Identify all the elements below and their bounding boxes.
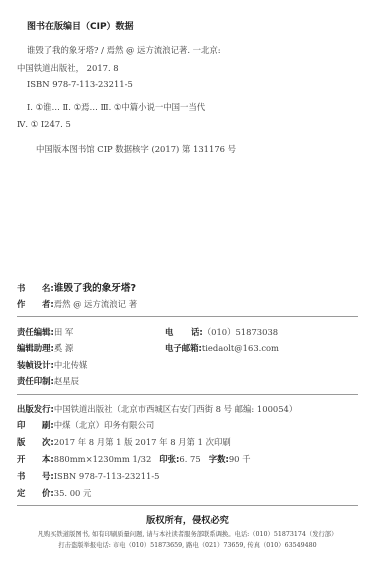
printer-row: 印刷:中煤（北京）印务有限公司 xyxy=(17,421,154,429)
book-author-label-b: 者: xyxy=(42,299,54,309)
publisher-row: 出版发行:中国铁道出版社（北京市西城区右安门西街 8 号 邮编: 100054） xyxy=(17,405,297,413)
printer-label-a: 印 xyxy=(17,421,42,429)
isbn-value: ISBN 978-7-113-23211-5 xyxy=(54,471,160,481)
price-value: 35. 00 元 xyxy=(54,488,92,498)
cip-title: 图书在版编目（CIP）数据 xyxy=(27,23,134,32)
phone-label-a: 电 xyxy=(165,328,191,336)
cip-line-classification: Ⅰ. ①谁… Ⅱ. ①焉… Ⅲ. ①中篇小说一中国一当代 xyxy=(27,103,205,111)
book-title-value: 谁毁了我的象牙塔? xyxy=(54,283,136,294)
book-author-label-a: 作 xyxy=(17,300,42,308)
copyright-notice: 版权所有，侵权必究 xyxy=(0,516,375,525)
print-manager-label: 责任印制: xyxy=(17,376,54,386)
editor-row: 责任编辑:田 军 xyxy=(17,328,73,336)
price-label-a: 定 xyxy=(17,489,42,497)
cip-line-class-number: Ⅳ. ① I247. 5 xyxy=(17,120,71,128)
design-value: 中北传媒 xyxy=(54,360,88,370)
book-title-label-a: 书 xyxy=(17,284,42,292)
isbn-label-a: 书 xyxy=(17,472,42,480)
publisher-value: 中国铁道出版社（北京市西城区右安门西街 8 号 邮编: 100054） xyxy=(54,404,297,414)
print-manager-value: 赵星辰 xyxy=(54,376,79,386)
editor-label: 责任编辑: xyxy=(17,327,54,337)
assistant-row: 编辑助理:奚 源 xyxy=(17,344,73,352)
assistant-label: 编辑助理: xyxy=(17,343,54,353)
cip-line-verification: 中国版本图书馆 CIP 数据核字 (2017) 第 131176 号 xyxy=(36,145,236,153)
cip-line-title-author: 谁毁了我的象牙塔? / 焉然 @ 远方流浪记著. 一北京: xyxy=(27,46,221,54)
format-label-a: 开 xyxy=(17,455,42,463)
email-label: 电子邮箱: xyxy=(165,343,202,353)
phone-row: 电话:（010）51873038 xyxy=(165,328,278,336)
phone-value: （010）51873038 xyxy=(203,327,278,337)
design-row: 装帧设计:中北传媒 xyxy=(17,361,87,369)
email-value: tiedaolt@163.com xyxy=(202,343,279,353)
phone-label-b: 话: xyxy=(191,327,203,337)
editor-value: 田 军 xyxy=(54,327,73,337)
isbn-label-b: 号: xyxy=(42,471,54,481)
book-title-label-b: 名: xyxy=(42,283,54,293)
publisher-label: 出版发行: xyxy=(17,404,54,414)
email-row: 电子邮箱:tiedaolt@163.com xyxy=(165,344,279,352)
divider-3 xyxy=(17,505,358,506)
print-manager-row: 责任印制:赵星辰 xyxy=(17,377,79,385)
cip-line-publisher: 中国铁道出版社， 2017. 8 xyxy=(17,64,119,72)
design-label: 装帧设计: xyxy=(17,360,54,370)
price-label-b: 价: xyxy=(42,488,54,498)
printer-label-b: 刷: xyxy=(42,420,54,430)
isbn-row: 书号:ISBN 978-7-113-23211-5 xyxy=(17,472,160,480)
price-row: 定价:35. 00 元 xyxy=(17,489,91,497)
sheets-value: 6. 75 xyxy=(179,454,200,464)
divider-1 xyxy=(17,316,358,317)
edition-label-b: 次: xyxy=(42,437,54,447)
divider-2 xyxy=(17,394,358,395)
book-author-row: 作者:焉然 @ 远方流浪记 著 xyxy=(17,300,137,308)
printer-value: 中煤（北京）印务有限公司 xyxy=(54,420,155,430)
edition-value: 2017 年 8 月第 1 版 2017 年 8 月第 1 次印刷 xyxy=(54,437,231,447)
format-row: 开本:880mm×1230mm 1/32印张:6. 75字数:90 千 xyxy=(17,455,251,463)
book-title-row: 书名:谁毁了我的象牙塔? xyxy=(17,284,136,294)
piracy-report-notice: 打击盗版举报电话: 市电（010）51873659, 路电（021）73659,… xyxy=(0,543,375,549)
edition-label-a: 版 xyxy=(17,438,42,446)
assistant-value: 奚 源 xyxy=(54,343,73,353)
sheets-label: 印张: xyxy=(159,454,179,464)
book-author-value: 焉然 @ 远方流浪记 著 xyxy=(54,299,137,309)
cip-line-isbn: ISBN 978-7-113-23211-5 xyxy=(27,80,133,88)
replacement-notice: 凡购买铁道版图书, 如有印刷质量问题, 请与本社读者服务部联系调换。电话:（01… xyxy=(0,532,375,538)
format-label-b: 本: xyxy=(42,454,54,464)
format-value: 880mm×1230mm 1/32 xyxy=(54,454,152,464)
edition-row: 版次:2017 年 8 月第 1 版 2017 年 8 月第 1 次印刷 xyxy=(17,438,231,446)
words-value: 90 千 xyxy=(229,454,251,464)
words-label: 字数: xyxy=(209,454,229,464)
